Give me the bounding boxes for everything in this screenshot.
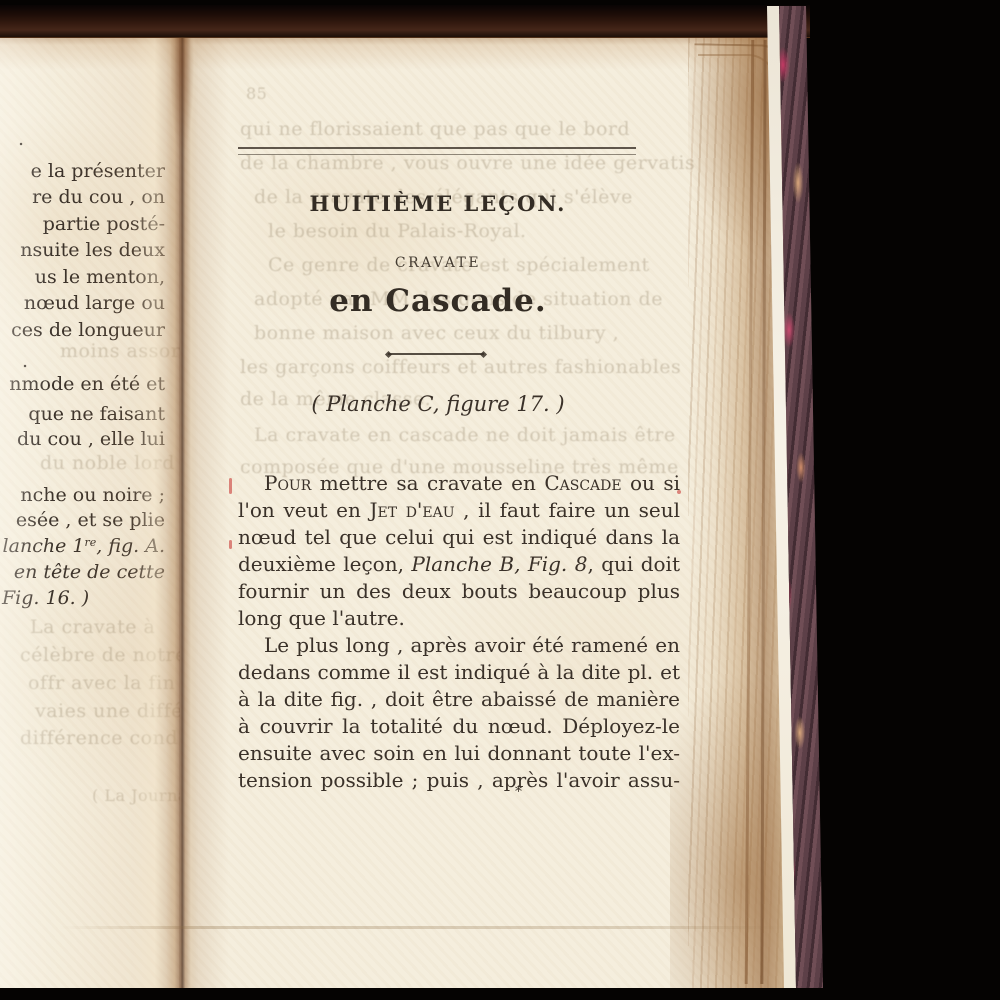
left-page-line: . — [22, 350, 28, 372]
body-text: , qui doit — [587, 552, 680, 576]
left-page-line: e la présenter — [31, 160, 165, 182]
showthrough-line: La cravate en cascade ne doit jamais êtr… — [254, 424, 676, 446]
left-page-line: esée , et se plie — [16, 509, 165, 531]
left-page-line: nche ou noire ; — [20, 484, 165, 506]
showthrough-line: différence cond — [20, 727, 178, 749]
showthrough-line: offr avec la fin — [28, 672, 175, 694]
ordinal-superscript: re — [84, 536, 96, 549]
body-line: fournir un des deux bouts beaucoup plus — [238, 578, 680, 605]
showthrough-line: les garçons coiffeurs et autres fashiona… — [240, 356, 681, 378]
showthrough-line: qui ne florissaient que pas que le bord — [240, 118, 630, 140]
chapter-title: en Cascade. — [218, 283, 658, 319]
body-line: tension possible ; puis , après l'avoir … — [238, 767, 680, 794]
showthrough-line: vaies une diffé — [35, 700, 183, 722]
header-rule — [238, 147, 636, 155]
small-caps-word: Cascade — [544, 471, 621, 495]
left-page-line: us le menton, — [35, 266, 165, 288]
left-page-line: . — [18, 128, 24, 150]
body-text: deuxième leçon, — [238, 552, 411, 576]
body-line: dedans comme il est indiqué à la dite pl… — [238, 659, 680, 686]
body-line: Pour mettre sa cravate en Cascade ou si — [238, 470, 680, 497]
footnote-mark: * — [515, 784, 522, 800]
left-page-line: que ne faisant — [28, 403, 165, 425]
left-page-line-text: lanche 1 — [3, 535, 85, 557]
small-caps-word: Jet d'eau — [369, 498, 454, 522]
left-page-line-text: , fig. A. — [96, 535, 165, 557]
gutter — [166, 36, 198, 988]
showthrough-line: le besoin du Palais-Royal. — [268, 220, 527, 242]
italic-reference: Planche B, Fig. 8 — [411, 552, 587, 576]
chapter-subtitle: CRAVATE — [218, 255, 658, 271]
bottom-crease — [60, 926, 790, 929]
showthrough-line: La cravate à — [30, 616, 155, 638]
showthrough-page-number: 85 — [246, 84, 267, 103]
left-page-line: nsuite les deux — [20, 239, 165, 261]
showthrough-line: célèbre de notre — [20, 644, 187, 666]
body-line: deuxième leçon, Planche B, Fig. 8, qui d… — [238, 551, 680, 578]
body-line: long que l'autre. — [238, 605, 680, 632]
showthrough-line: bonne maison avec ceux du tilbury , — [254, 322, 619, 344]
body-line: nœud tel que celui qui est indiqué dans … — [238, 524, 680, 551]
red-ink-mark — [229, 478, 232, 494]
cover-top-edge — [0, 5, 810, 38]
body-line: ensuite avec soin en lui donnant toute l… — [238, 740, 680, 767]
left-page-line: partie posté- — [43, 213, 165, 235]
body-text: , il faut faire un seul — [455, 498, 680, 522]
red-ink-mark — [677, 490, 681, 494]
left-page-line: nœud large ou — [24, 292, 165, 314]
separator-rule — [388, 353, 484, 355]
left-page-line: lanche 1re, fig. A. — [3, 535, 165, 557]
left-page-line: Fig. 16. ) — [2, 587, 89, 609]
body-line: Le plus long , après avoir été ramené en — [238, 632, 680, 659]
body-text: l'on veut en — [238, 498, 369, 522]
body-line: à couvrir la totalité du nœud. Déployez-… — [238, 713, 680, 740]
body-line: l'on veut en Jet d'eau , il faut faire u… — [238, 497, 680, 524]
left-page-line: nmode en été et — [9, 373, 165, 395]
left-page-line: du cou , elle lui — [17, 428, 165, 450]
left-page-line: ces de longueur — [11, 319, 165, 341]
body-text: ou si — [622, 471, 680, 495]
book-photo: . e la présenter re du cou , on partie p… — [0, 0, 1000, 1000]
red-ink-mark — [229, 540, 232, 549]
small-caps-word: Pour — [264, 471, 311, 495]
left-page: . e la présenter re du cou , on partie p… — [0, 36, 180, 988]
body-line: à la dite fig. , doit être abaissé de ma… — [238, 686, 680, 713]
left-page-line: re du cou , on — [32, 186, 165, 208]
plate-reference: ( Planche C, figure 17. ) — [218, 392, 658, 416]
body-text: mettre sa cravate en — [311, 471, 544, 495]
left-page-line: en tête de cette — [14, 561, 165, 583]
book-right-edge — [765, 6, 825, 988]
lesson-heading: HUITIÈME LEÇON. — [218, 191, 658, 216]
showthrough-line: de la chambre , vous ouvre une idée gerv… — [240, 152, 695, 174]
